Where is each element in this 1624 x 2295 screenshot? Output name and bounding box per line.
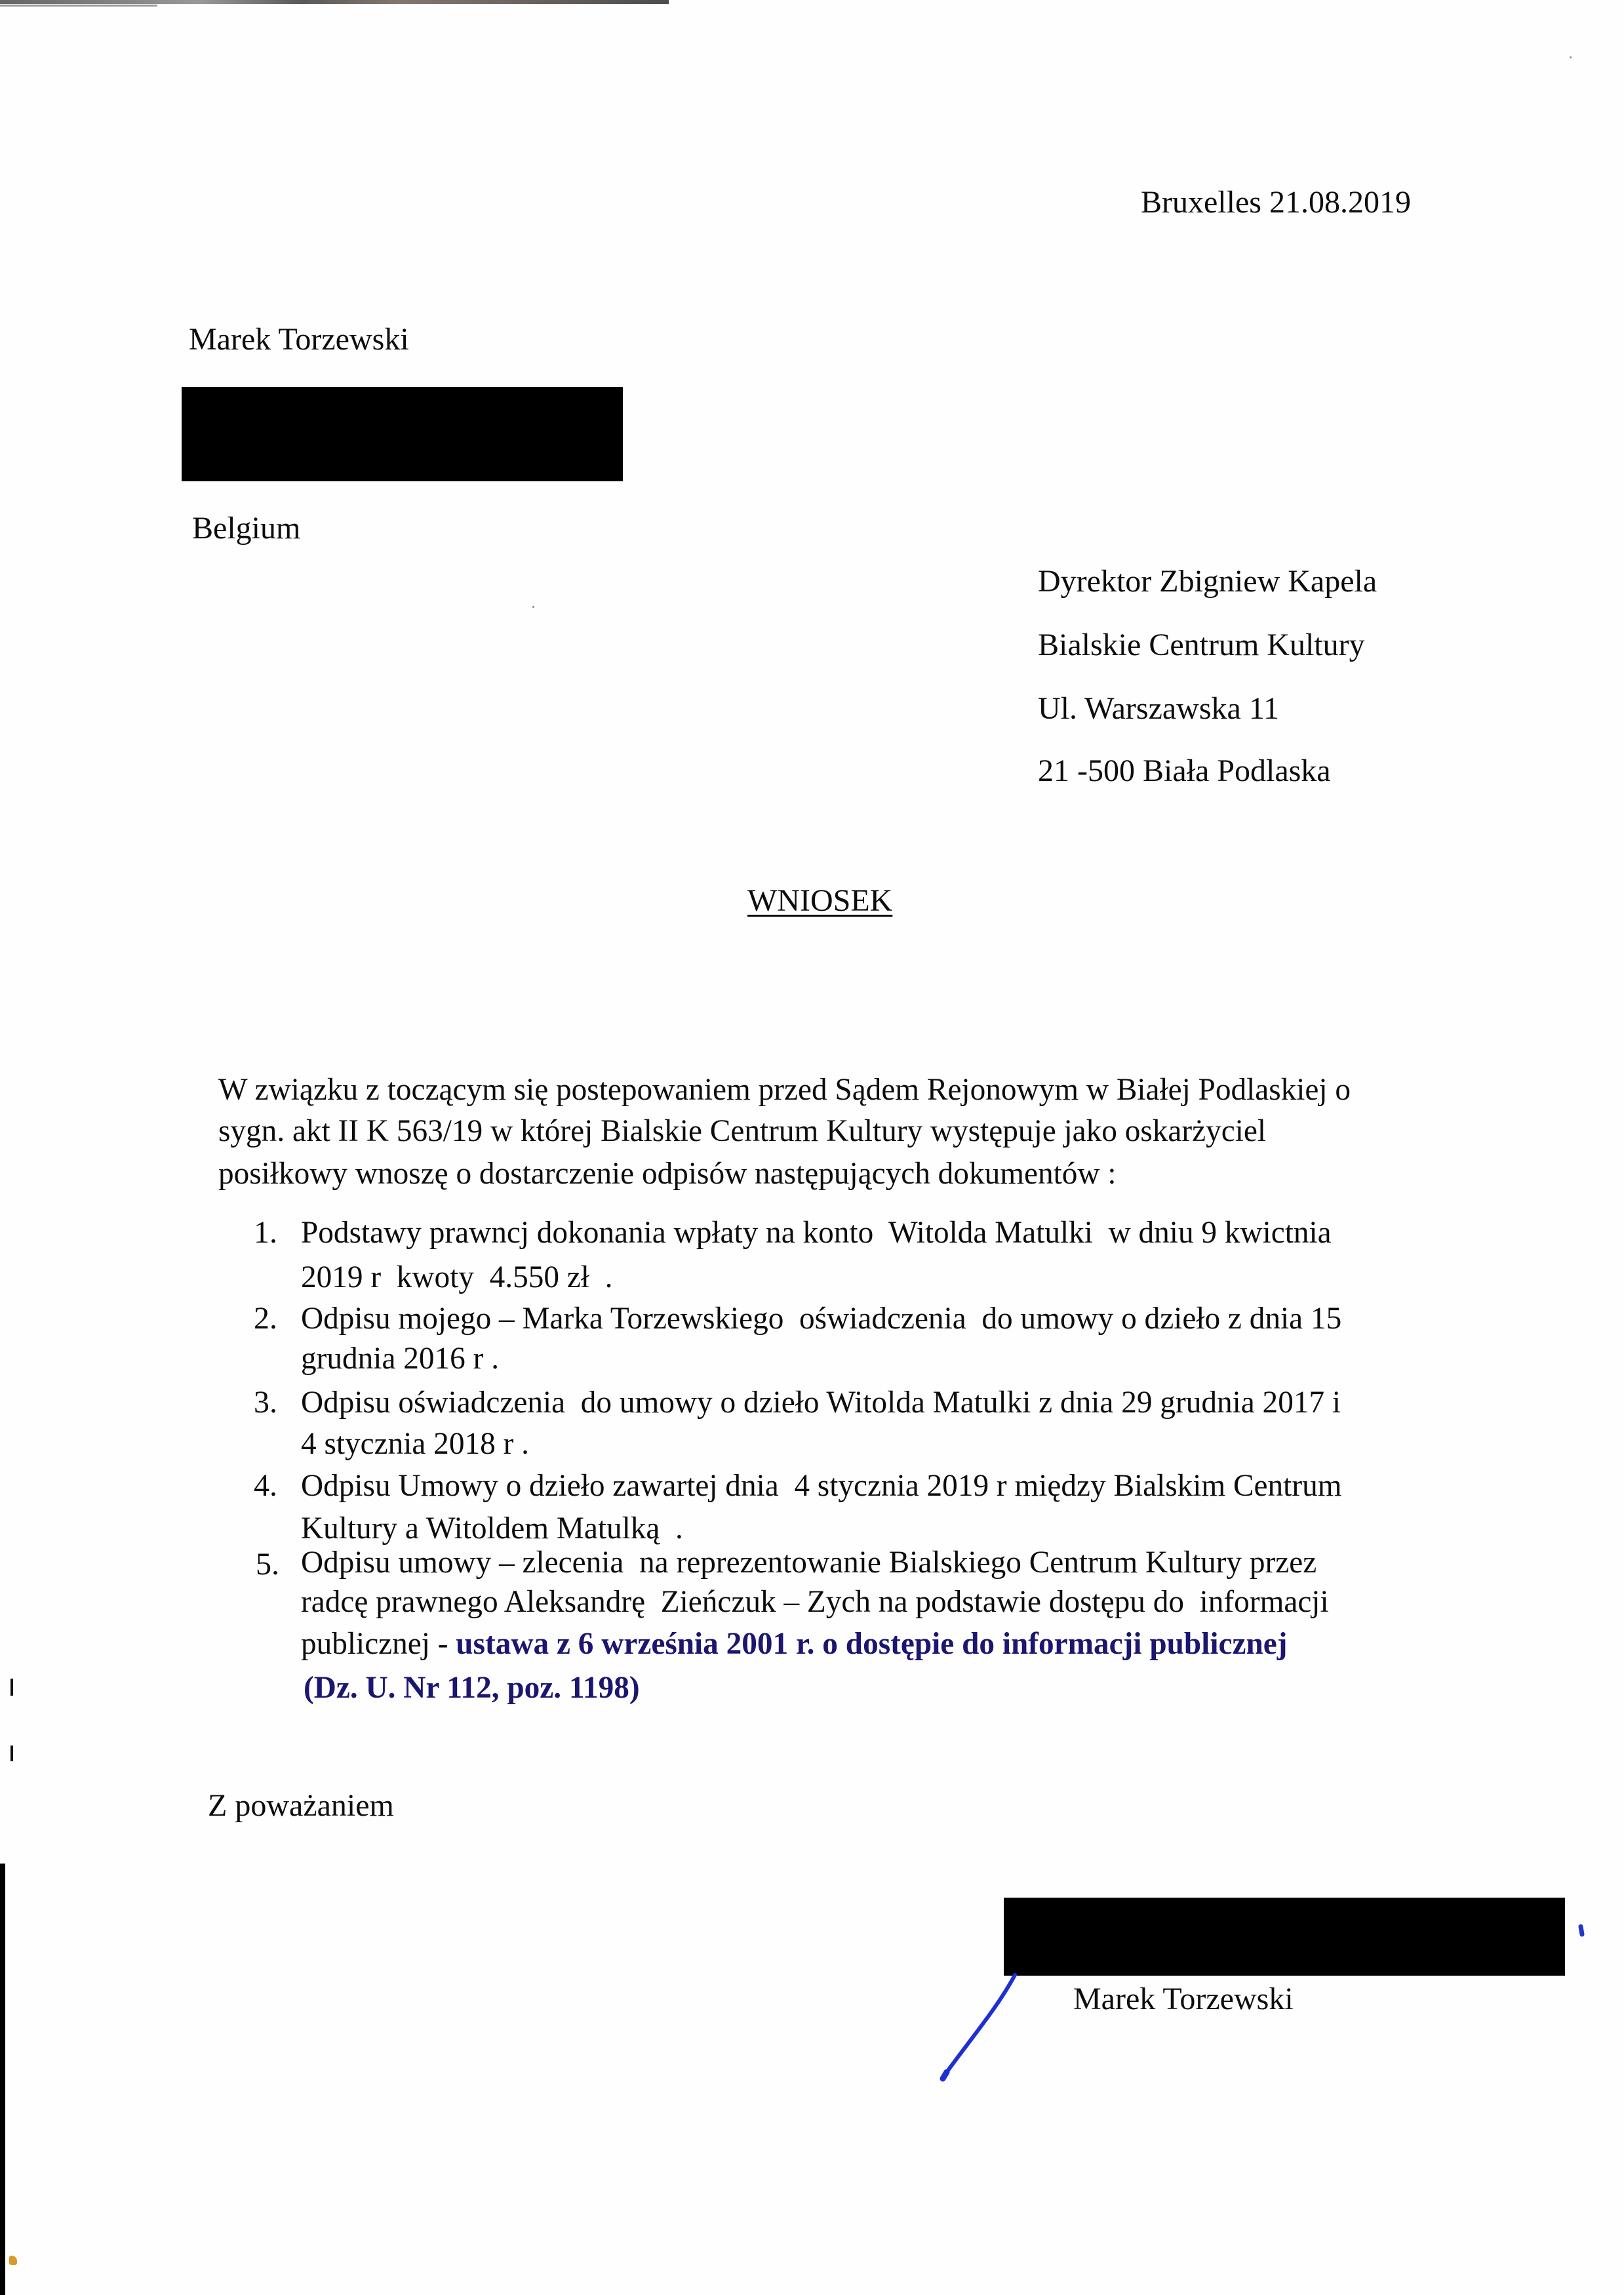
scan-mark: [10, 1746, 13, 1761]
list-item-text: publicznej - ustawa z 6 września 2001 r.…: [301, 1628, 1287, 1660]
signature-name: Marek Torzewski: [1073, 1984, 1294, 2015]
closing-salutation: Z poważaniem: [208, 1790, 394, 1822]
list-item-text: Odpisu mojego – Marka Torzewskiego oświa…: [301, 1303, 1341, 1334]
list-item-number: 4.: [254, 1470, 277, 1502]
list-item-number: 5.: [256, 1549, 279, 1580]
list-item-text: 2019 r kwoty 4.550 zł .: [301, 1262, 612, 1293]
intro-line: W związku z toczącym się postepowaniem p…: [218, 1074, 1351, 1106]
place-and-date: Bruxelles 21.08.2019: [1141, 187, 1411, 218]
list-item-text-plain: publicznej -: [301, 1626, 456, 1661]
scan-color-speck: [9, 2256, 17, 2265]
scan-mark: [10, 1679, 13, 1696]
scan-edge-artifact: [0, 0, 669, 4]
scan-edge-artifact: [0, 5, 157, 7]
law-journal-reference: (Dz. U. Nr 112, poz. 1198): [304, 1672, 640, 1704]
intro-line: sygn. akt II K 563/19 w której Bialskie …: [218, 1115, 1266, 1147]
list-item-text: Odpisu umowy – zlecenia na reprezentowan…: [301, 1547, 1317, 1578]
recipient-name: Dyrektor Zbigniew Kapela: [1038, 566, 1377, 597]
list-item-text: grudnia 2016 r .: [301, 1343, 499, 1374]
list-item-text: radcę prawnego Aleksandrę Zieńczuk – Zyc…: [301, 1586, 1329, 1618]
list-item-text: Odpisu Umowy o dzieło zawartej dnia 4 st…: [301, 1470, 1341, 1502]
list-item-text: Odpisu oświadczenia do umowy o dzieło Wi…: [301, 1387, 1341, 1418]
list-item-number: 2.: [254, 1303, 277, 1334]
recipient-organization: Bialskie Centrum Kultury: [1038, 629, 1365, 661]
sender-country: Belgium: [192, 513, 300, 544]
signature-redaction: [1004, 1898, 1565, 1976]
sender-address-redaction: [182, 387, 623, 481]
scan-edge-shadow: [0, 1864, 5, 2295]
intro-line: posiłkowy wnoszę o dostarczenie odpisów …: [218, 1158, 1117, 1189]
list-item-text: 4 stycznia 2018 r .: [301, 1428, 529, 1460]
scan-speck: [1570, 56, 1572, 58]
scan-speck: [532, 606, 534, 608]
recipient-city: 21 -500 Biała Podlaska: [1038, 755, 1331, 787]
list-item-number: 1.: [254, 1217, 277, 1248]
list-item-text: Podstawy prawncj dokonania wpłaty na kon…: [301, 1217, 1332, 1248]
sender-name: Marek Torzewski: [189, 324, 409, 355]
list-item-number: 3.: [254, 1387, 277, 1418]
scanned-letter-page: Bruxelles 21.08.2019 Marek Torzewski Bel…: [0, 0, 1624, 2295]
document-title: WNIOSEK: [747, 885, 892, 917]
recipient-street: Ul. Warszawska 11: [1038, 693, 1279, 725]
list-item-text: Kultury a Witoldem Matulką .: [301, 1513, 683, 1544]
law-reference: ustawa z 6 września 2001 r. o dostępie d…: [456, 1626, 1287, 1661]
